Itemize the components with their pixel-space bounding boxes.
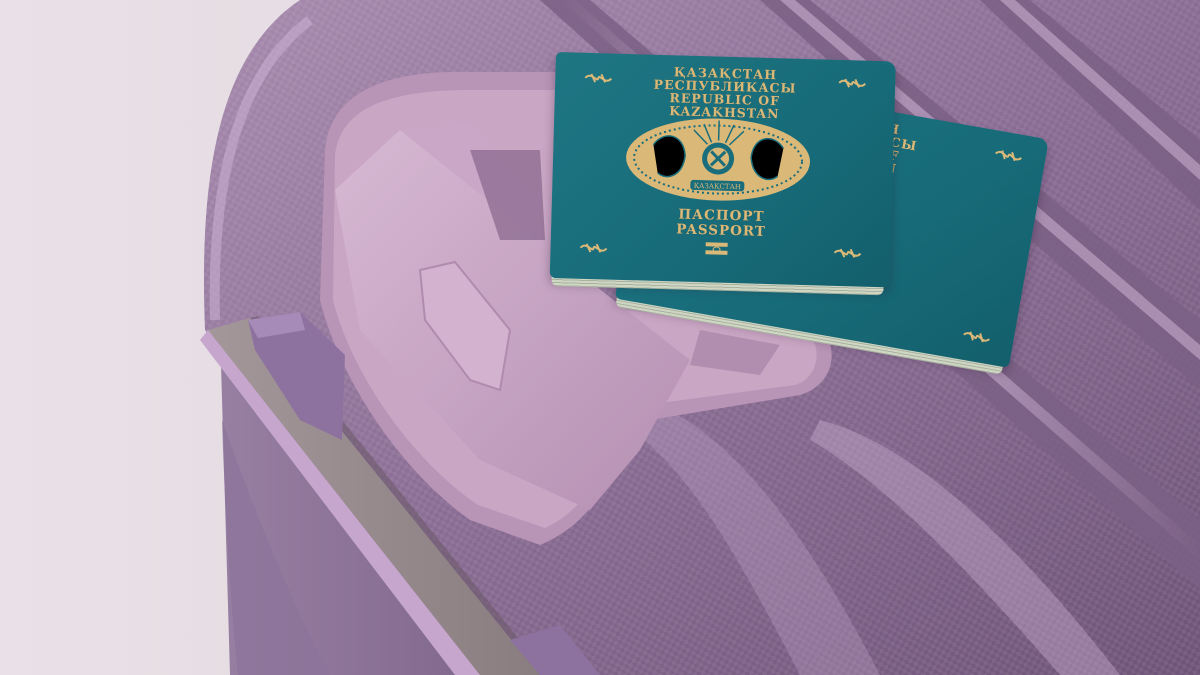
ornament-icon [578,239,608,258]
passport-front: ҚАЗАҚСТАН РЕСПУБЛИКАСЫ REPUBLIC OF KAZAK… [550,52,896,287]
coat-of-arms-icon: ҚАЗАҚСТАН [622,114,814,205]
svg-text:ҚАЗАҚСТАН: ҚАЗАҚСТАН [694,182,741,191]
photo-scene: ҚАЗАҚСТАН РЕСПУБЛИКАСЫ REPUBLIC OF KAZAK… [0,0,1200,675]
ornament-icon [583,69,613,88]
ornament-icon [832,244,862,263]
ornament-icon [837,74,867,93]
biometric-chip-icon [705,242,727,255]
